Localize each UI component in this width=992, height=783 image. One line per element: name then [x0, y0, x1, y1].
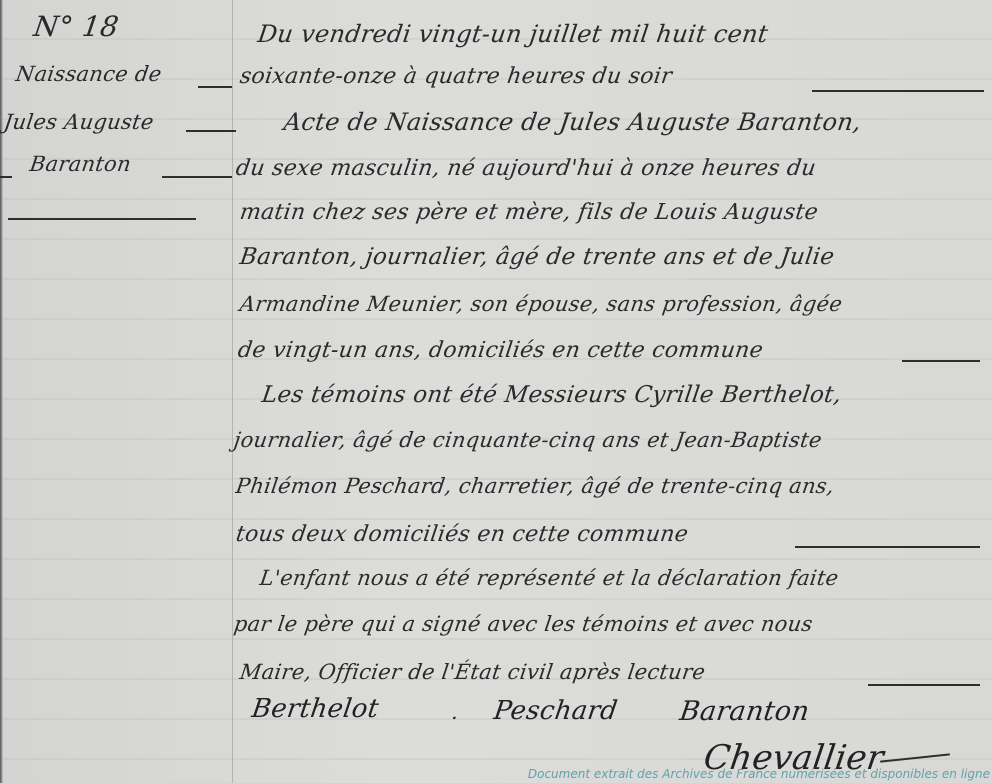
signature-berthelot: Berthelot — [250, 694, 381, 724]
margin-line-1: Naissance de — [14, 62, 163, 86]
scanned-register-page: N° 18 Naissance de Jules Auguste Baranto… — [0, 0, 992, 783]
margin-rule — [232, 0, 233, 783]
body-line-6: Baranton, journalier, âgé de trente ans … — [238, 244, 836, 270]
margin-dash-3a — [0, 176, 12, 178]
body-line-9: Les témoins ont été Messieurs Cyrille Be… — [260, 382, 843, 408]
signature-flourish — [880, 753, 950, 762]
body-line-1: Du vendredi vingt-un juillet mil huit ce… — [256, 20, 770, 48]
record-number: N° 18 — [32, 10, 121, 43]
body-line-8: de vingt-un ans, domiciliés en cette com… — [236, 338, 765, 363]
margin-end-rule — [8, 218, 196, 220]
body-dash-12 — [795, 546, 980, 548]
margin-dash-3 — [162, 176, 232, 178]
body-line-11: Philémon Peschard, charretier, âgé de tr… — [234, 474, 835, 498]
margin-line-2: Jules Auguste — [2, 110, 155, 134]
archive-watermark: Document extrait des Archives de France … — [528, 767, 990, 781]
body-line-12: tous deux domiciliés en cette commune — [234, 522, 690, 547]
body-line-15: Maire, Officier de l'État civil après le… — [238, 660, 707, 684]
body-line-13: L'enfant nous a été représenté et la déc… — [258, 566, 840, 590]
body-line-5: matin chez ses père et mère, fils de Lou… — [238, 200, 820, 225]
signature-separator-dot: . — [450, 700, 460, 724]
margin-dash-2 — [186, 130, 236, 132]
body-dash-8 — [902, 360, 980, 362]
signature-baranton: Baranton — [678, 696, 812, 727]
margin-dash-1 — [198, 86, 232, 88]
body-dash-15 — [868, 684, 980, 686]
body-line-7: Armandine Meunier, son épouse, sans prof… — [238, 292, 844, 316]
signature-peschard: Peschard — [492, 696, 620, 726]
page-binding-edge — [0, 0, 3, 783]
body-line-10: journalier, âgé de cinquante-cinq ans et… — [232, 428, 823, 452]
body-line-14: par le père qui a signé avec les témoins… — [232, 612, 814, 636]
body-line-2: soixante-onze à quatre heures du soir — [238, 64, 674, 89]
margin-line-3: Baranton — [28, 152, 132, 176]
body-line-3: Acte de Naissance de Jules Auguste Baran… — [282, 108, 863, 136]
body-dash-2 — [812, 90, 984, 92]
body-line-4: du sexe masculin, né aujourd'hui à onze … — [234, 156, 817, 181]
